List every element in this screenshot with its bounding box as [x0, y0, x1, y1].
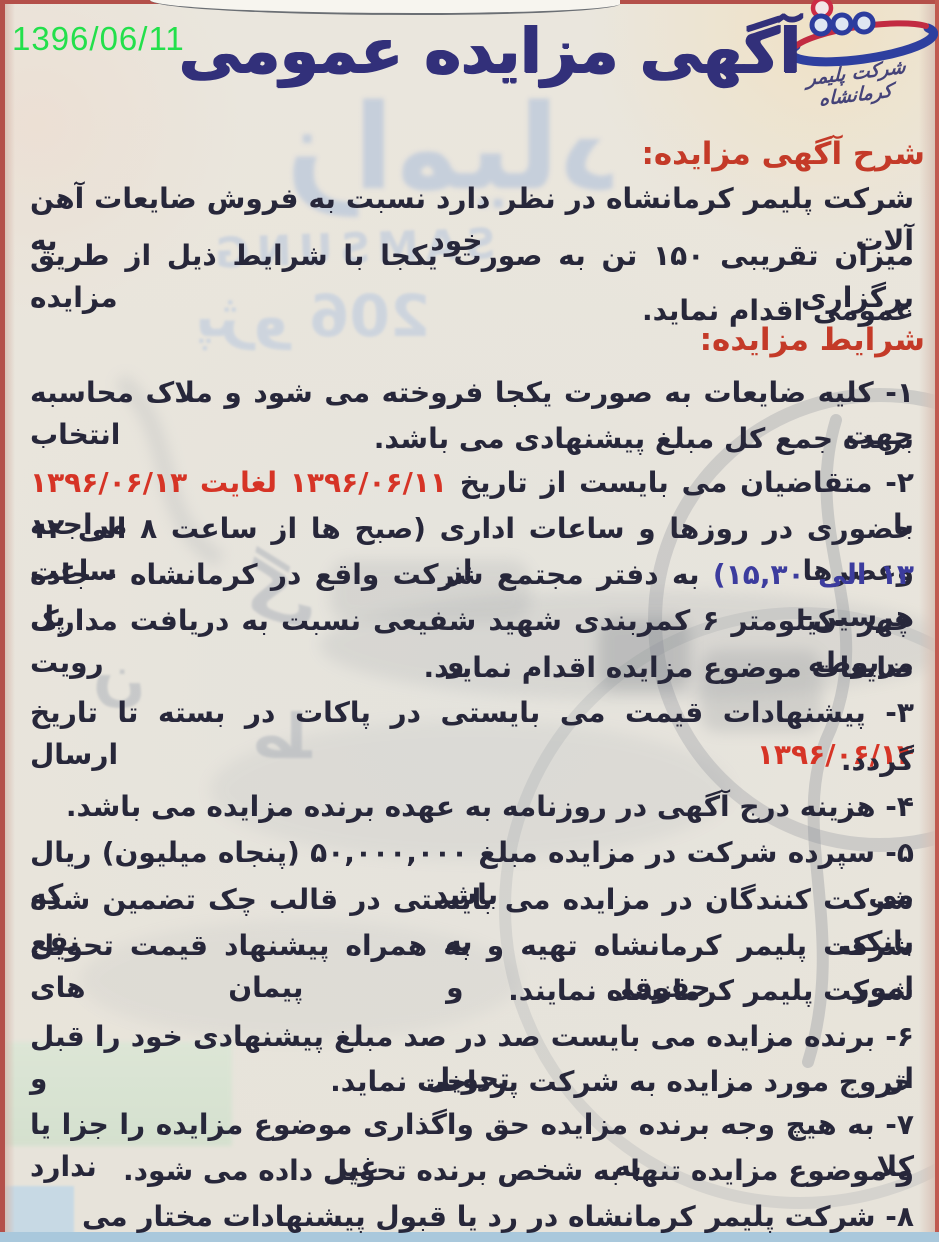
condition-2-hours: ۱۳ الی ۱۵,۳۰): [713, 558, 914, 591]
description-line: شرکت پلیمر کرمانشاه در نظر دارد نسبت به …: [30, 178, 914, 220]
condition-6-line: ۶- برنده مزایده می بایست صد در صد مبلغ پ…: [30, 1016, 914, 1058]
notice-title: آگهی مزایده عمومی: [150, 14, 830, 87]
condition-7-line: و موضوع مزایده تنها به شخص برنده تحویل د…: [30, 1150, 914, 1192]
condition-8-line: ۸- شرکت پلیمر کرمانشاه در رد یا قبول پیش…: [30, 1196, 914, 1238]
scan-edge-left-shade: [5, 0, 15, 1242]
condition-2-text: ۲- متقاضیان می بایست از تاریخ: [460, 466, 914, 499]
condition-5-line: ۵- سپرده شرکت در مزایده مبلغ ۵۰,۰۰۰,۰۰۰ …: [30, 832, 914, 874]
condition-5-line: شرکت پلیمر کرمانشاه نمایند.: [30, 970, 914, 1012]
conditions-heading: شرایط مزایده:: [700, 318, 925, 362]
condition-3-line: گردد.: [30, 740, 914, 782]
condition-7-line: ۷- به هیچ وجه برنده مزایده حق واگذاری مو…: [30, 1104, 914, 1146]
description-line: میزان تقریبی ۱۵۰ تن به صورت یکجا با شرای…: [30, 235, 914, 277]
condition-5-line: شرکت پلیمر کرمانشاه تهیه و به همراه پیشن…: [30, 925, 914, 967]
condition-2-line: ۲- متقاضیان می بایست از تاریخ ۱۳۹۶/۰۶/۱۱…: [30, 462, 914, 504]
condition-1-line: برنده جمع کل مبلغ پیشنهادی می باشد.: [30, 418, 914, 460]
condition-6-line: خروج مورد مزایده به شرکت پرداخت نماید.: [30, 1061, 914, 1103]
condition-2-line: حضوری در روزها و ساعات اداری (صبح ها از …: [30, 508, 914, 550]
condition-3-line: ۳- پیشنهادات قیمت می بایستی در پاکات در …: [30, 692, 914, 734]
scan-edge-right-shade: [919, 0, 935, 1242]
scan-edge-right: [935, 0, 939, 1242]
scanned-newspaper-auction-notice: زامیاد SAMSUNG پژو 206 ن گ ط 1396/06/11: [0, 0, 939, 1242]
condition-2-line: ضایعات موضوع مزایده اقدام نمایند.: [30, 647, 914, 689]
condition-2-line: چهر -کیلومتر ۶ کمربندی شهید شفیعی نسبت ب…: [30, 600, 914, 642]
condition-3-text: ۳- پیشنهادات قیمت می بایستی در پاکات در …: [30, 696, 914, 729]
condition-2-date-range: ۱۳۹۶/۰۶/۱۱ لغایت ۱۳۹۶/۰۶/۱۳: [30, 466, 447, 499]
condition-2-line: ۱۳ الی ۱۵,۳۰) به دفتر مجتمع شرکت واقع در…: [30, 554, 914, 596]
scan-edge-left: [0, 0, 5, 1242]
condition-4-line: ۴- هزینه درج آگهی در روزنامه به عهده برن…: [30, 786, 914, 828]
condition-1-line: ۱- کلیه ضایعات به صورت یکجا فروخته می شو…: [30, 372, 914, 414]
condition-5-line: شرکت کنندگان در مزایده می بایستی در قالب…: [30, 879, 914, 921]
description-heading: شرح آگهی مزایده:: [641, 132, 925, 176]
